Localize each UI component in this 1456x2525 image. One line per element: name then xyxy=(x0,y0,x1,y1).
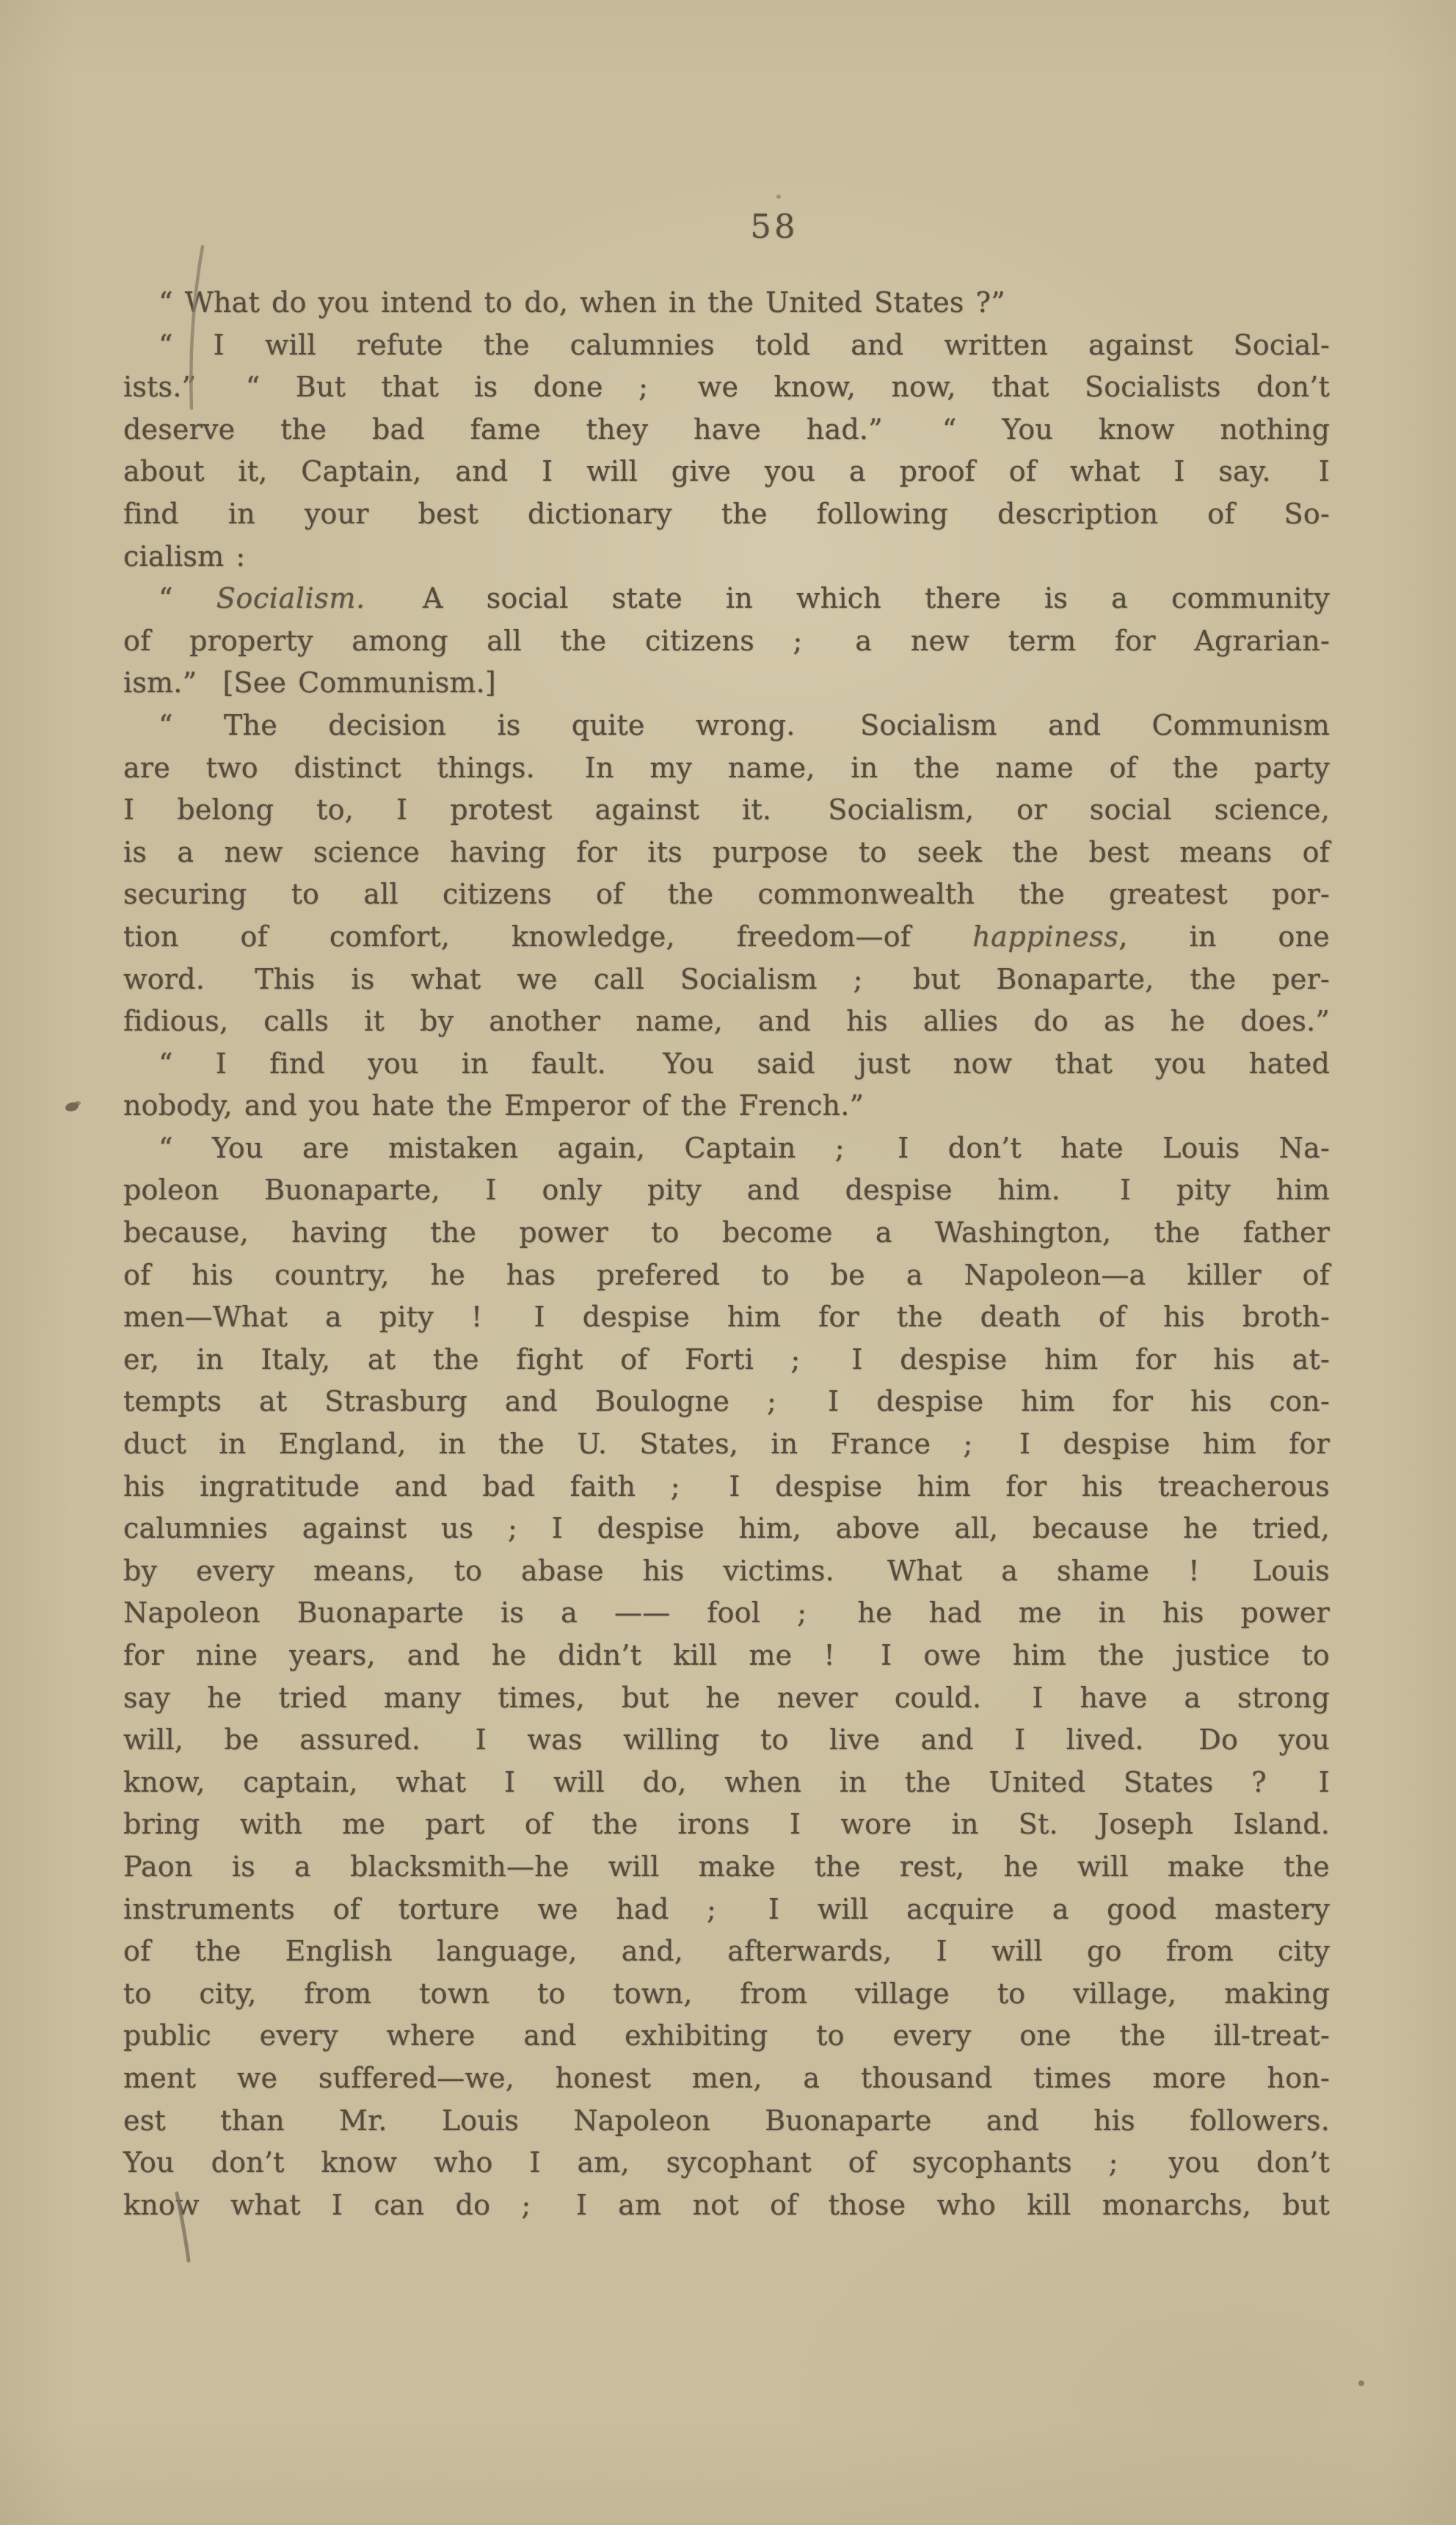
text-line: bring with me part of the irons I wore i… xyxy=(123,1803,1330,1846)
text-line: poleon Buonaparte, I only pity and despi… xyxy=(123,1169,1330,1212)
text-line: “ You are mistaken again, Captain ; I do… xyxy=(123,1127,1330,1170)
text-line: duct in England, in the U. States, in Fr… xyxy=(123,1423,1330,1466)
speck-above-page-number xyxy=(776,195,781,199)
text-line: by every means, to abase his victims. Wh… xyxy=(123,1550,1330,1593)
text-line: know what I can do ; I am not of those w… xyxy=(123,2184,1330,2227)
text-line: er, in Italy, at the fight of Forti ; I … xyxy=(123,1339,1330,1381)
text-line: for nine years, and he didn’t kill me ! … xyxy=(123,1635,1330,1677)
text-line: find in your best dictionary the followi… xyxy=(123,493,1330,536)
text-line: is a new science having for its purpose … xyxy=(123,832,1330,874)
text-line: “ What do you intend to do, when in the … xyxy=(123,282,1330,324)
ink-blot-left-margin-2 xyxy=(75,1101,81,1105)
text-line: instruments of torture we had ; I will a… xyxy=(123,1889,1330,1931)
text-line: est than Mr. Louis Napoleon Buonaparte a… xyxy=(123,2100,1330,2143)
speck-bottom-right xyxy=(1358,2380,1364,2386)
text-line: nobody, and you hate the Emperor of the … xyxy=(123,1085,1330,1127)
text-line: cialism : xyxy=(123,536,1330,578)
text-line: fidious, calls it by another name, and h… xyxy=(123,1000,1330,1043)
text-line: men—What a pity ! I despise him for the … xyxy=(123,1296,1330,1339)
scanned-page: 58 “ What do you intend to do, when in t… xyxy=(0,0,1456,2525)
text-block: “ What do you intend to do, when in the … xyxy=(123,282,1330,2226)
text-line: ism.” [See Communism.] xyxy=(123,662,1330,705)
page-number: 58 xyxy=(719,207,829,246)
text-line: “ I find you in fault. You said just now… xyxy=(123,1043,1330,1086)
text-line: I belong to, I protest against it. Socia… xyxy=(123,789,1330,832)
text-line: tempts at Strasburg and Boulogne ; I des… xyxy=(123,1381,1330,1423)
text-line: his ingratitude and bad faith ; I despis… xyxy=(123,1466,1330,1508)
text-line: deserve the bad fame they have had.” “ Y… xyxy=(123,409,1330,451)
text-line: because, having the power to become a Wa… xyxy=(123,1212,1330,1254)
text-line: securing to all citizens of the commonwe… xyxy=(123,873,1330,916)
text-line: know, captain, what I will do, when in t… xyxy=(123,1762,1330,1804)
text-line: are two distinct things. In my name, in … xyxy=(123,747,1330,790)
text-line: to city, from town to town, from village… xyxy=(123,1973,1330,2016)
text-line: “ The decision is quite wrong. Socialism… xyxy=(123,705,1330,747)
text-line: about it, Captain, and I will give you a… xyxy=(123,451,1330,493)
text-line: of his country, he has prefered to be a … xyxy=(123,1254,1330,1297)
text-line: Paon is a blacksmith—he will make the re… xyxy=(123,1846,1330,1889)
text-line: public every where and exhibiting to eve… xyxy=(123,2015,1330,2057)
text-line: ment we suffered—we, honest men, a thous… xyxy=(123,2057,1330,2100)
text-line: You don’t know who I am, sycophant of sy… xyxy=(123,2142,1330,2184)
text-line: “ I will refute the calumnies told and w… xyxy=(123,324,1330,367)
ink-blot-left-margin xyxy=(65,1101,79,1113)
text-line: of the English language, and, afterwards… xyxy=(123,1930,1330,1973)
text-line: say he tried many times, but he never co… xyxy=(123,1677,1330,1720)
text-line: calumnies against us ; I despise him, ab… xyxy=(123,1508,1330,1550)
text-line: “ Socialism. A social state in which the… xyxy=(123,578,1330,620)
text-line: ists.” “ But that is done ; we know, now… xyxy=(123,366,1330,409)
text-line: Napoleon Buonaparte is a —— fool ; he ha… xyxy=(123,1592,1330,1635)
text-line: will, be assured. I was willing to live … xyxy=(123,1719,1330,1762)
text-line: tion of comfort, knowledge, freedom—of h… xyxy=(123,916,1330,959)
text-line: word. This is what we call Socialism ; b… xyxy=(123,959,1330,1001)
text-line: of property among all the citizens ; a n… xyxy=(123,620,1330,663)
